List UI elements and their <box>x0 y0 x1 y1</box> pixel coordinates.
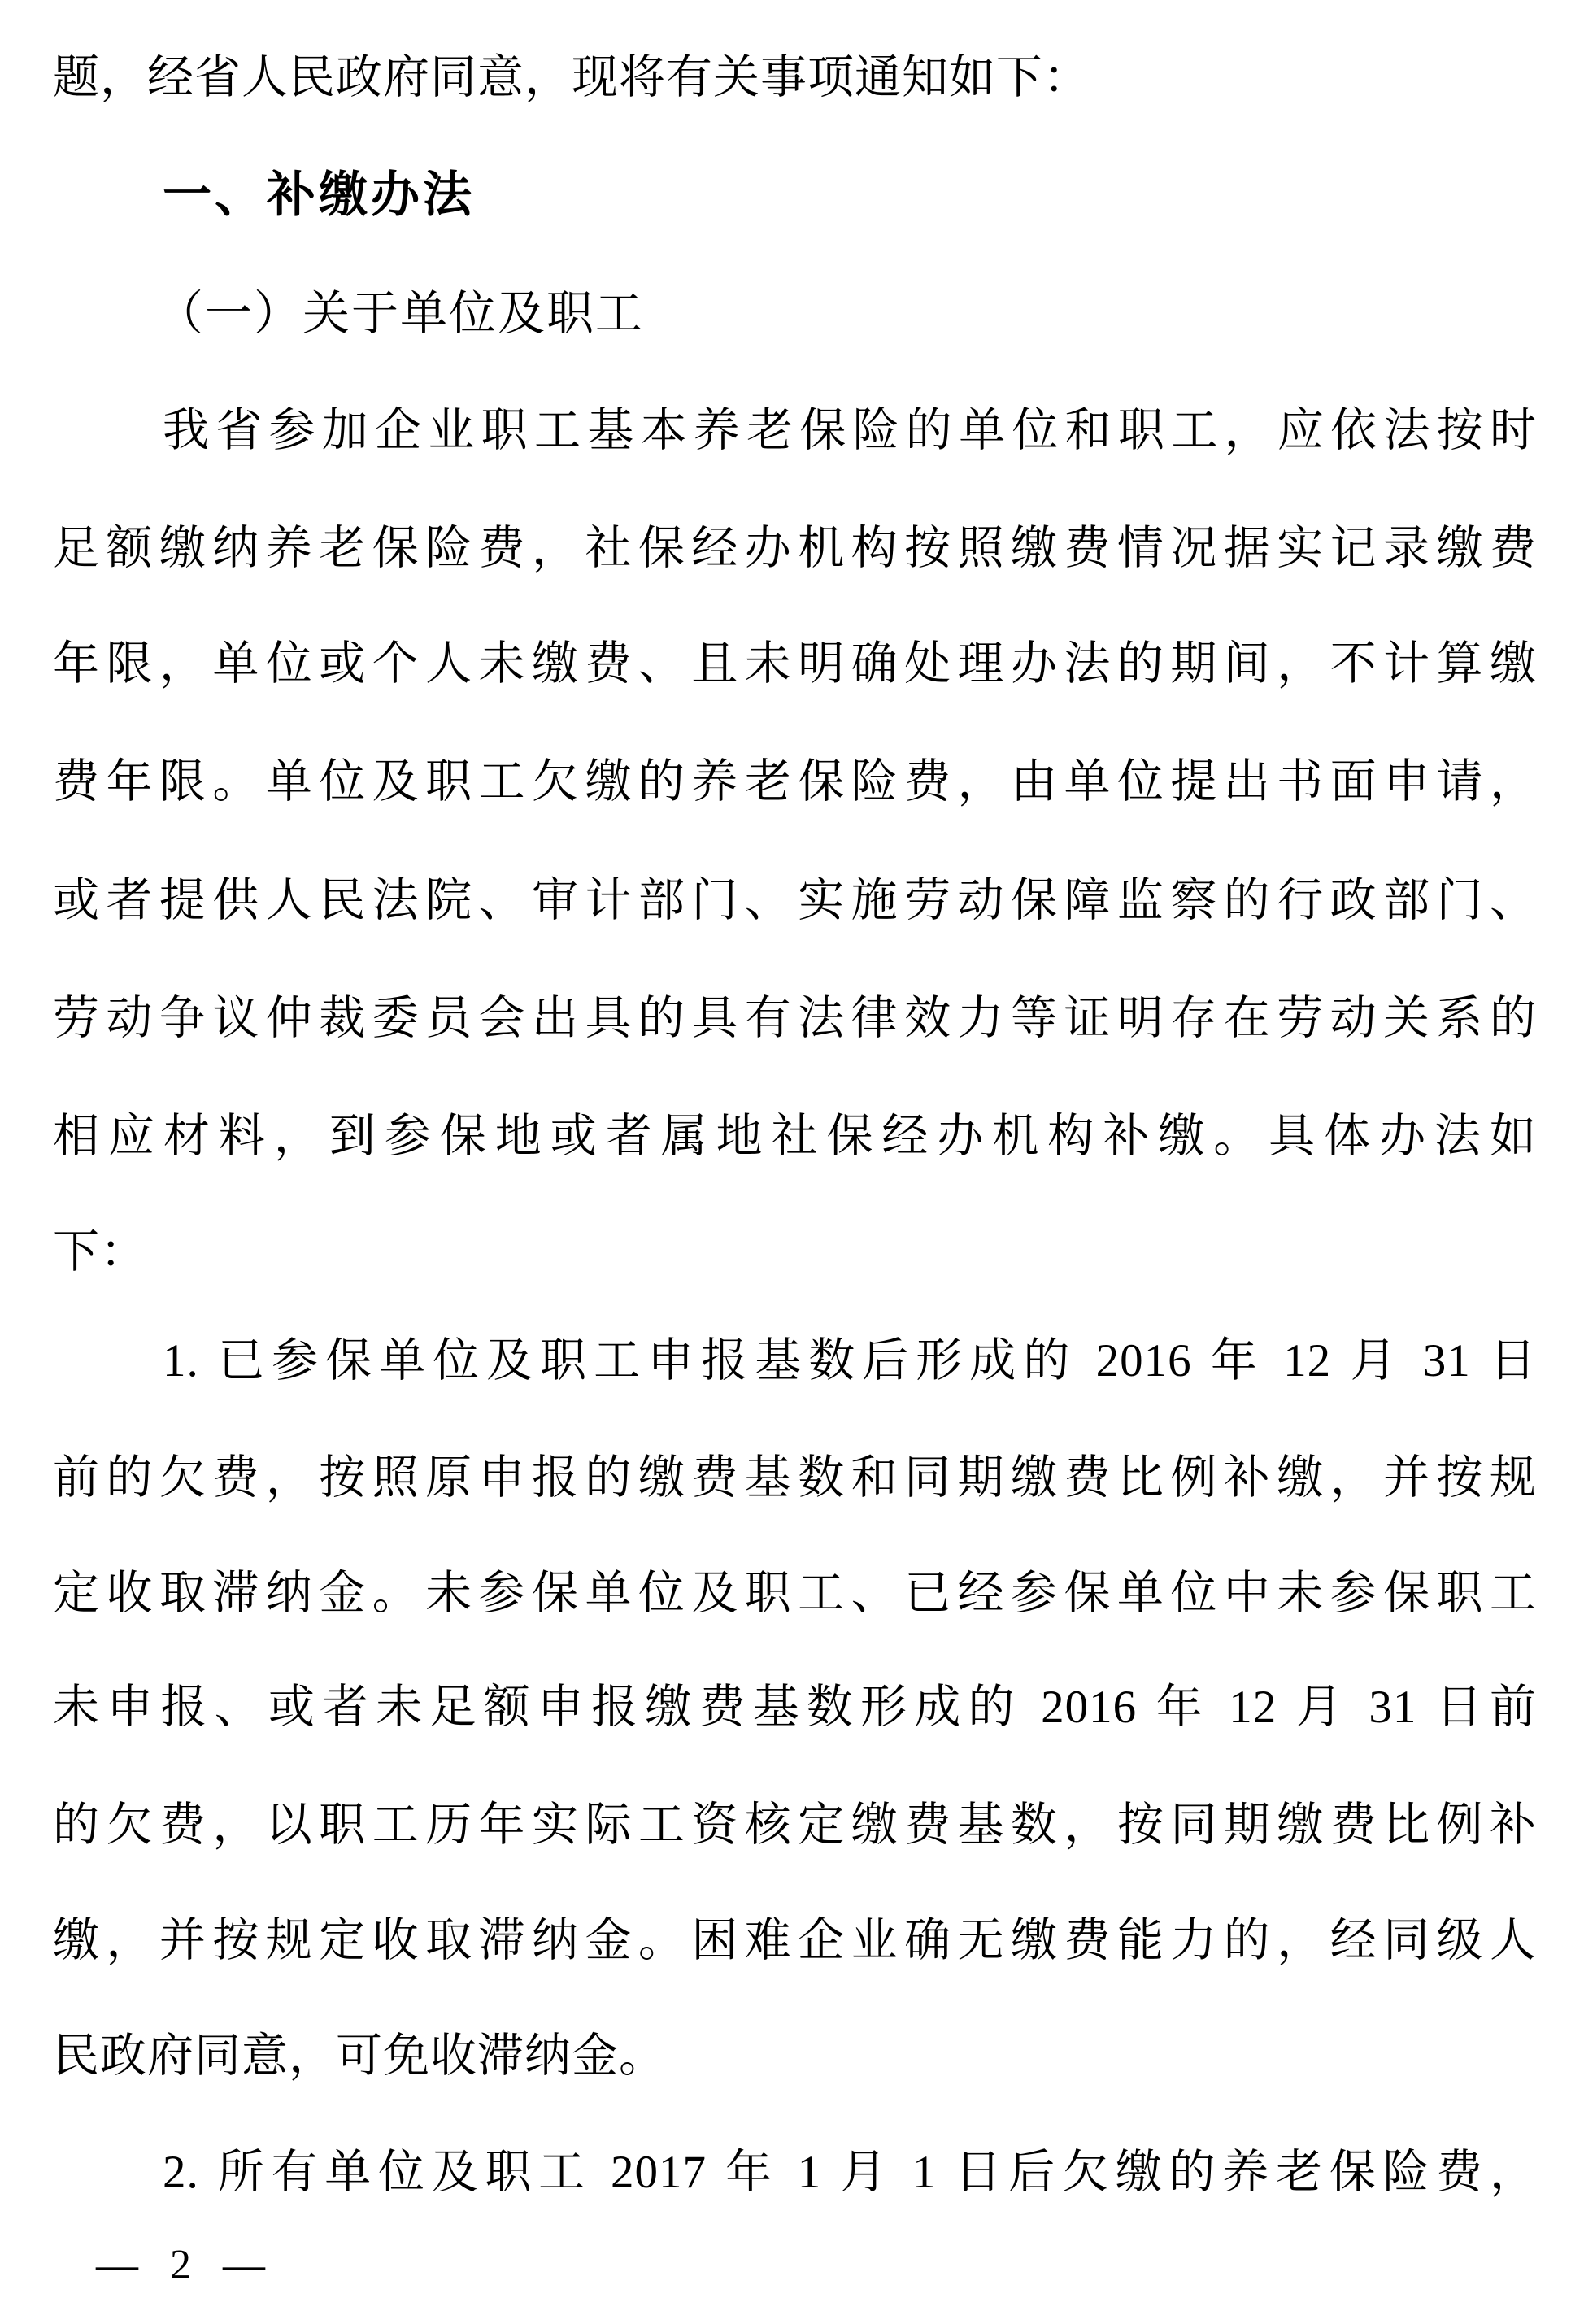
section-1-heading: 一、补缴办法 <box>163 169 475 221</box>
paragraph-1-line-3: 年限，单位或个人未缴费、且未明确处理办法的期间，不计算缴 <box>53 638 1537 690</box>
intro-continuation-line: 题，经省人民政府同意，现将有关事项通知如下： <box>53 52 1090 104</box>
item-1-line-1: 1. 已参保单位及职工申报基数后形成的 2016 年 12 月 31 日 <box>163 1335 1537 1387</box>
item-1-line-3: 定收取滞纳金。未参保单位及职工、已经参保单位中未参保职工 <box>53 1568 1537 1620</box>
paragraph-1-line-7: 相应材料，到参保地或者属地社保经办机构补缴。具体办法如 <box>53 1111 1537 1163</box>
paragraph-1-line-6: 劳动争议仲裁委员会出具的具有法律效力等证明存在劳动关系的 <box>53 993 1537 1045</box>
item-1-line-4: 未申报、或者未足额申报缴费基数形成的 2016 年 12 月 31 日前 <box>53 1682 1537 1734</box>
paragraph-1-line-8: 下： <box>53 1226 147 1278</box>
paragraph-1-line-5: 或者提供人民法院、审计部门、实施劳动保障监察的行政部门、 <box>53 875 1537 927</box>
paragraph-1-line-4: 费年限。单位及职工欠缴的养老保险费，由单位提出书面申请， <box>53 756 1537 808</box>
page-number: — 2 — <box>96 2241 267 2289</box>
subsection-1-heading: （一）关于单位及职工 <box>156 288 644 340</box>
item-1-line-7: 民政府同意，可免收滞纳金。 <box>53 2030 666 2082</box>
item-1-line-2: 前的欠费，按照原申报的缴费基数和同期缴费比例补缴，并按规 <box>53 1452 1537 1504</box>
item-2-line-1: 2. 所有单位及职工 2017 年 1 月 1 日后欠缴的养老保险费， <box>163 2147 1537 2199</box>
paragraph-1-line-1: 我省参加企业职工基本养老保险的单位和职工，应依法按时 <box>163 405 1537 457</box>
item-1-line-6: 缴，并按规定收取滞纳金。困难企业确无缴费能力的，经同级人 <box>53 1915 1537 1967</box>
document-page: 题，经省人民政府同意，现将有关事项通知如下： 一、补缴办法 （一）关于单位及职工… <box>0 0 1584 2324</box>
item-1-line-5: 的欠费，以职工历年实际工资核定缴费基数，按同期缴费比例补 <box>53 1800 1537 1852</box>
paragraph-1-line-2: 足额缴纳养老保险费，社保经办机构按照缴费情况据实记录缴费 <box>53 523 1537 575</box>
